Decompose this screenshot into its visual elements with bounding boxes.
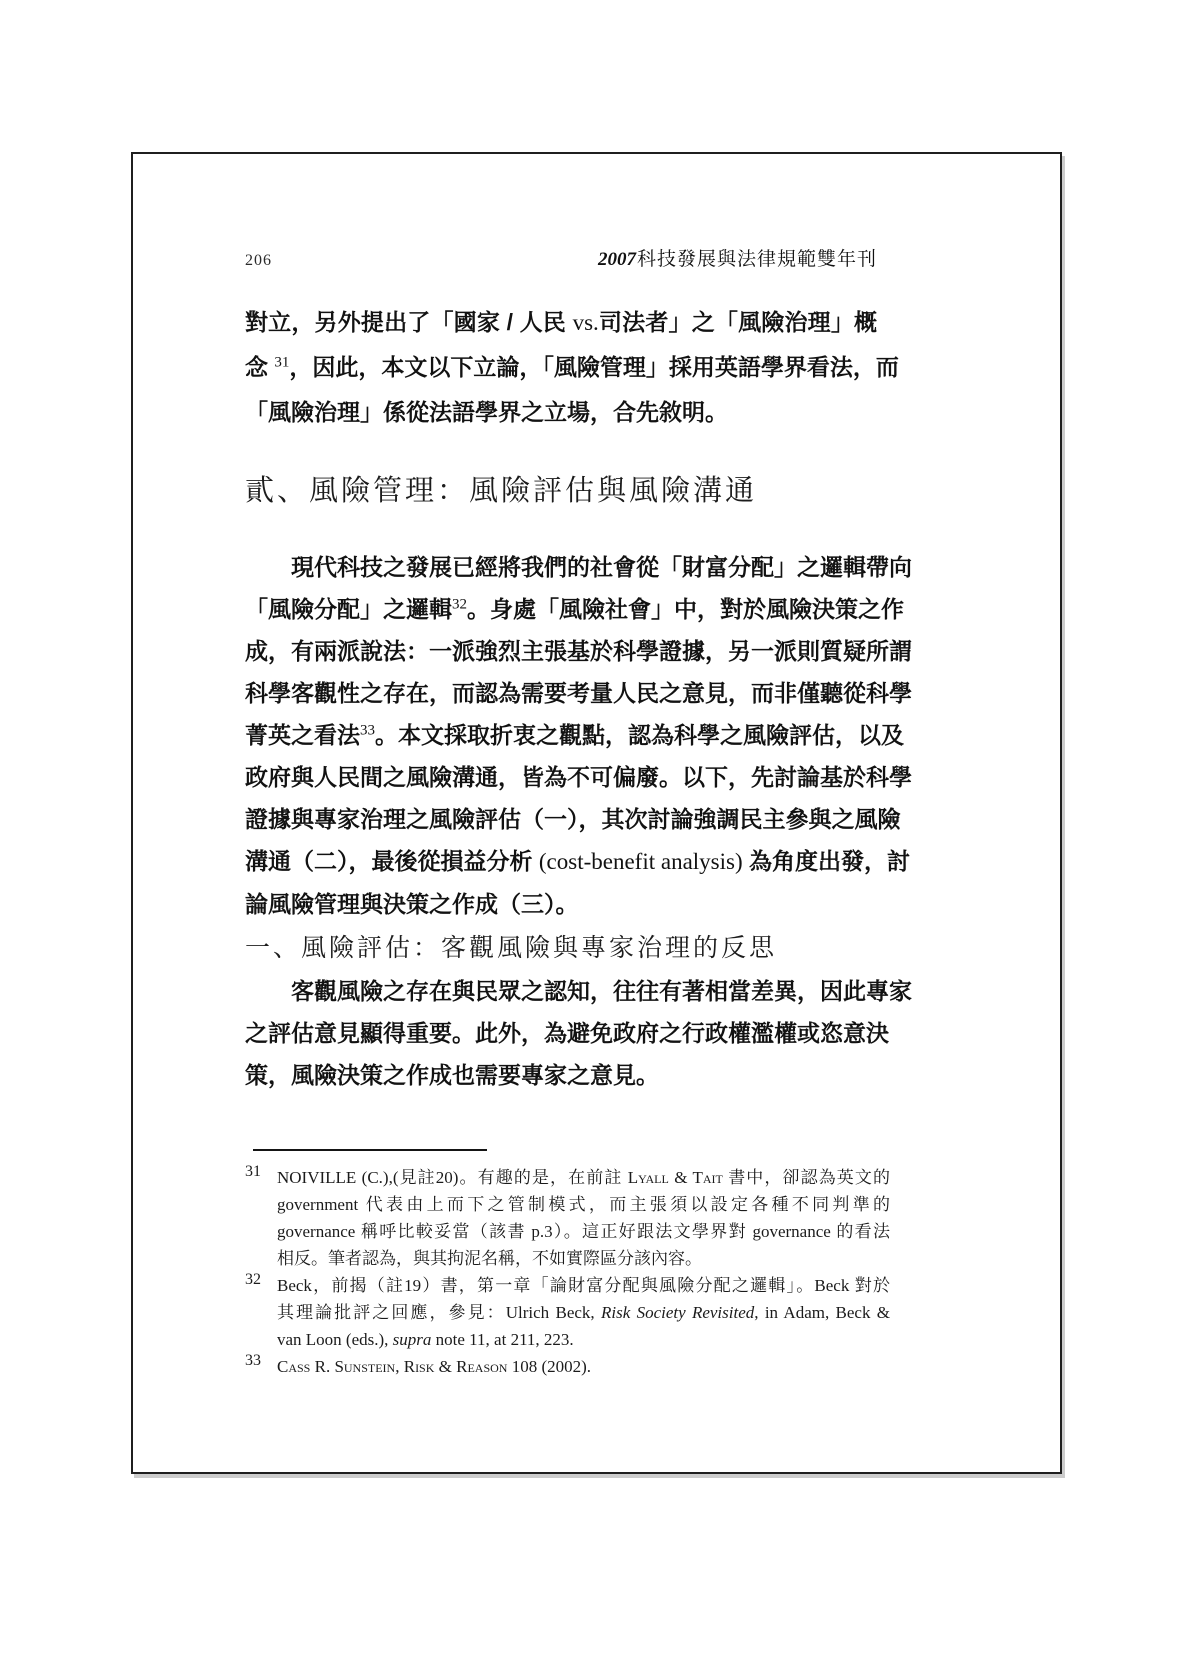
footnote-line: 其理論批評之回應，參見：Ulrich Beck, Risk Society Re…	[277, 1299, 890, 1326]
footnote-number: 32	[245, 1271, 261, 1289]
body-text: 菁英之看法	[245, 722, 360, 748]
body-text: 司法者」之「風險治理」概	[599, 309, 877, 335]
body-text: 「風險分配」之邏輯	[245, 596, 452, 622]
section-heading: 貳、風險管理：風險評估與風險溝通	[245, 468, 885, 509]
body-line: 「風險治理」係從法語學界之立場，合先敘明。	[245, 390, 877, 435]
body-line: 科學客觀性之存在，而認為需要考量人民之意見，而非僅聽從科學	[245, 672, 877, 714]
body-text: 。本文採取折衷之觀點，認為科學之風險評估，以及	[375, 722, 904, 748]
subsection-heading: 一、風險評估：客觀風險與專家治理的反思	[245, 928, 885, 964]
page-number: 206	[245, 252, 272, 270]
footnote-line: governance 稱呼比較妥當（該書 p.3）。這正好跟法文學界對 gove…	[277, 1218, 890, 1245]
footnote-text: 其理論批評之回應，參見：Ulrich Beck,	[277, 1303, 601, 1322]
smallcaps-text: Lyall & Tait	[628, 1168, 723, 1187]
footnote-text: NOIVILLE (C.),(見註20)。有趣的是，在前註	[277, 1168, 628, 1187]
latin-text: (cost-benefit analysis)	[539, 849, 743, 874]
footnote-line: Beck，前揭（註19）書，第一章「論財富分配與風險分配之邏輯」。Beck 對於	[277, 1272, 890, 1299]
footnote-33: 33 Cass R. Sunstein, Risk & Reason 108 (…	[245, 1353, 890, 1380]
body-text: 對立，另外提出了「國家 / 人民	[245, 309, 573, 335]
body-line: 「風險分配」之邏輯32。身處「風險社會」中，對於風險決策之作	[245, 588, 877, 630]
body-line: 論風險管理與決策之作成（三）。	[245, 883, 877, 925]
body-text: 。身處「風險社會」中，對於風險決策之作	[467, 596, 904, 622]
journal-year: 2007	[598, 249, 636, 270]
footnote-text: 書中，卻認為英文的	[723, 1168, 890, 1187]
footnote-line: government 代表由上而下之管制模式，而主張須以設定各種不同判準的	[277, 1191, 890, 1218]
body-text: 念	[245, 354, 274, 380]
footnote-text: van Loon (eds.),	[277, 1330, 393, 1349]
footnote-number: 31	[245, 1163, 261, 1181]
footnote-separator	[253, 1149, 487, 1151]
footnote-line: Cass R. Sunstein, Risk & Reason 108 (200…	[277, 1353, 890, 1380]
footnote-number: 33	[245, 1352, 261, 1370]
body-line: 現代科技之發展已經將我們的社會從「財富分配」之邏輯帶向	[245, 546, 877, 588]
page-header: 206 2007科技發展與法律規範雙年刊	[245, 244, 877, 271]
italic-text: supra	[393, 1330, 432, 1349]
body-line: 證據與專家治理之風險評估（一），其次討論強調民主參與之風險	[245, 798, 877, 840]
body-line: 溝通（二），最後從損益分析 (cost-benefit analysis) 為角…	[245, 840, 877, 883]
footnote-text: note 11, at 211, 223.	[431, 1330, 573, 1349]
paragraph-3: 客觀風險之存在與民眾之認知，往往有著相當差異，因此專家 之評估意見顯得重要。此外…	[245, 970, 877, 1096]
body-line: 念 31，因此，本文以下立論，「風險管理」採用英語學界看法，而	[245, 345, 877, 390]
footnote-line: van Loon (eds.), supra note 11, at 211, …	[277, 1326, 890, 1353]
footnote-line: 相反。筆者認為，與其拘泥名稱，不如實際區分該內容。	[277, 1245, 890, 1272]
paragraph-2: 現代科技之發展已經將我們的社會從「財富分配」之邏輯帶向 「風險分配」之邏輯32。…	[245, 546, 877, 925]
document-page: 206 2007科技發展與法律規範雙年刊 對立，另外提出了「國家 / 人民 vs…	[131, 152, 1062, 1474]
body-text: 溝通（二），最後從損益分析	[245, 848, 539, 874]
body-text: 為角度出發，討	[743, 848, 910, 874]
body-line: 策，風險決策之作成也需要專家之意見。	[245, 1054, 877, 1096]
journal-title: 2007科技發展與法律規範雙年刊	[598, 244, 877, 271]
footnote-31: 31 NOIVILLE (C.),(見註20)。有趣的是，在前註 Lyall &…	[245, 1164, 890, 1272]
italic-text: Risk Society Revisited	[601, 1303, 754, 1322]
body-line: 成，有兩派說法：一派強烈主張基於科學證據，另一派則質疑所謂	[245, 630, 877, 672]
footnote-line: NOIVILLE (C.),(見註20)。有趣的是，在前註 Lyall & Ta…	[277, 1164, 890, 1191]
body-line: 政府與人民間之風險溝通，皆為不可偏廢。以下，先討論基於科學	[245, 756, 877, 798]
footnote-ref-32: 32	[452, 596, 467, 612]
paragraph-1: 對立，另外提出了「國家 / 人民 vs.司法者」之「風險治理」概 念 31，因此…	[245, 300, 877, 435]
journal-title-text: 科技發展與法律規範雙年刊	[637, 249, 877, 270]
body-line: 菁英之看法33。本文採取折衷之觀點，認為科學之風險評估，以及	[245, 714, 877, 756]
body-text: ，因此，本文以下立論，「風險管理」採用英語學界看法，而	[289, 354, 899, 380]
footnote-text: , in Adam, Beck &	[754, 1303, 890, 1322]
body-line: 對立，另外提出了「國家 / 人民 vs.司法者」之「風險治理」概	[245, 300, 877, 345]
footnote-ref-31: 31	[274, 354, 289, 370]
footnote-32: 32 Beck，前揭（註19）書，第一章「論財富分配與風險分配之邏輯」。Beck…	[245, 1272, 890, 1353]
footnotes: 31 NOIVILLE (C.),(見註20)。有趣的是，在前註 Lyall &…	[245, 1164, 890, 1380]
latin-text: vs.	[573, 310, 599, 335]
body-line: 之評估意見顯得重要。此外，為避免政府之行政權濫權或恣意決	[245, 1012, 877, 1054]
body-line: 客觀風險之存在與民眾之認知，往往有著相當差異，因此專家	[245, 970, 877, 1012]
footnote-ref-33: 33	[360, 722, 375, 738]
